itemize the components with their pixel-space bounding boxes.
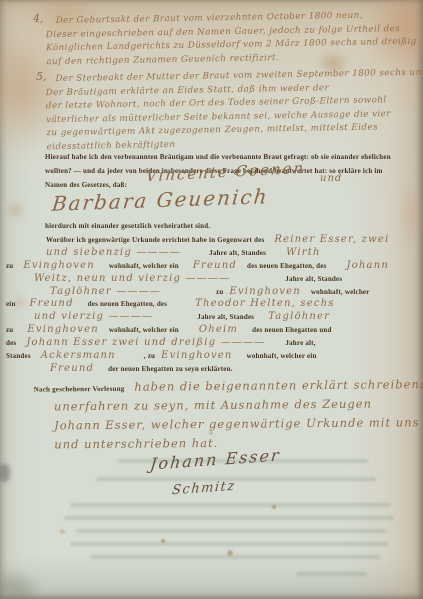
witness-line: Freund der neuen Ehegatten zu seyn erklä…	[6, 363, 416, 376]
closing-hand: haben die beigenannten erklärt schreiben…	[134, 375, 423, 397]
witness-fill: Ackersmann	[41, 350, 116, 361]
foxing-spot	[226, 549, 234, 557]
marginal-item-4: Der Geburtsakt der Braut vom vierzehnten…	[46, 9, 415, 70]
witness-fill: Johann Esser zwei und dreißig ————	[26, 337, 265, 348]
witness-fill: Freund	[30, 298, 74, 309]
bleed-line	[90, 555, 380, 559]
witness-section: Worüber ich gegenwärtige Urkunde erricht…	[6, 234, 416, 376]
witness-line: und siebenzig ———— Jahre alt, Standes Wi…	[6, 247, 416, 260]
form-print: der neuen Ehegatten zu seyn erklärten.	[108, 365, 233, 373]
witness-fill: Evinghoven	[161, 350, 232, 361]
form-print: des neuen Ehegatten, des	[247, 262, 326, 270]
form-print: zu	[6, 262, 13, 270]
form-print: wohnhaft, welcher	[311, 288, 370, 296]
witness-fill: und vierzig ————	[34, 311, 153, 322]
witness-line: Worüber ich gegenwärtige Urkunde erricht…	[6, 234, 416, 247]
witness-fill: Reiner Esser, zwei	[274, 234, 389, 245]
form-print: , zu	[144, 352, 155, 360]
witness-line: Taglöhner ———— zu Evinghoven wohnhaft, w…	[6, 286, 416, 299]
form-print: des neuen Ehegatten und	[252, 326, 331, 334]
closing-hand: Johann Esser, welcher gegenwärtige Urkun…	[54, 413, 416, 435]
form-print: ein	[6, 300, 16, 308]
marginal-item-5: Der Sterbeakt der Mutter der Braut vom z…	[45, 67, 416, 155]
form-print: zu	[6, 326, 13, 334]
form-print: zu	[216, 288, 223, 296]
bleed-line	[64, 516, 394, 520]
witness-line: zu Evinghoven wohnhaft, welcher ein Ohei…	[6, 324, 416, 337]
witness-fill: Evinghoven	[229, 286, 300, 297]
witness-fill: Theodor Helten, sechs	[195, 298, 334, 309]
witness-line: und vierzig ———— Jahre alt, Standes Tagl…	[6, 311, 416, 324]
form-print: des	[6, 339, 16, 347]
witness-fill: Weitz, neun und vierzig ————	[34, 273, 230, 284]
form-print: Jahre alt, Standes	[209, 249, 266, 257]
edge-smudge	[0, 464, 10, 482]
foxing-spot	[160, 538, 166, 544]
conjunction-und: und	[320, 173, 342, 184]
bleed-line	[76, 529, 386, 533]
witness-fill: Evinghoven	[23, 260, 94, 271]
form-print: Standes	[6, 352, 31, 360]
form-print: Worüber ich gegenwärtige Urkunde erricht…	[46, 236, 264, 244]
marginal-item-4-number: 4,	[33, 12, 44, 25]
form-print: wohnhaft, welcher ein	[247, 352, 317, 360]
foxing-spot	[271, 504, 277, 510]
witness-fill: und siebenzig ————	[46, 247, 181, 258]
witness-fill: Wirth	[286, 247, 321, 258]
witness-fill: Taglöhner	[268, 311, 330, 322]
signature-schmitz: Schmitz	[171, 479, 236, 499]
witness-fill: Freund	[50, 363, 94, 374]
witness-fill: Evinghoven	[27, 324, 98, 335]
form-print: Jahre alt, Standes	[197, 313, 254, 321]
stain-left-1	[4, 200, 26, 220]
married-clause: hierdurch mit einander gesetzlich verhei…	[45, 222, 210, 230]
form-print: Jahre alt,	[285, 339, 315, 347]
witness-line: Standes Ackersmann , zu Evinghoven wohnh…	[6, 350, 416, 363]
witness-fill: Freund	[193, 260, 237, 271]
form-print: Jahre alt, Standes	[285, 275, 342, 283]
corner-shadow	[0, 576, 34, 599]
bleed-line	[296, 572, 366, 576]
form-print: wohnhaft, welcher ein	[109, 262, 179, 270]
witness-fill: Johann	[346, 260, 389, 271]
foxing-spot	[58, 528, 67, 535]
scanned-marriage-record-page: 4, Der Geburtsakt der Braut vom vierzehn…	[0, 0, 423, 599]
witness-line: Weitz, neun und vierzig ———— Jahre alt, …	[6, 273, 416, 286]
closing-print-label: Nach geschehener Vorlesung	[34, 385, 125, 394]
witness-line: ein Freund des neuen Ehegatten, des Theo…	[6, 298, 416, 311]
bleed-line	[70, 503, 390, 507]
form-print: des neuen Ehegatten, des	[88, 300, 167, 308]
closing-section: Nach geschehener Vorlesung haben die bei…	[6, 375, 417, 455]
witness-line: zu Evinghoven wohnhaft, welcher ein Freu…	[6, 260, 416, 273]
witness-fill: Oheim	[199, 324, 238, 335]
witness-fill: Taglöhner ————	[50, 286, 161, 297]
form-print: wohnhaft, welcher ein	[109, 326, 179, 334]
bleed-line	[70, 542, 388, 546]
witness-line: des Johann Esser zwei und dreißig ———— J…	[6, 337, 416, 350]
